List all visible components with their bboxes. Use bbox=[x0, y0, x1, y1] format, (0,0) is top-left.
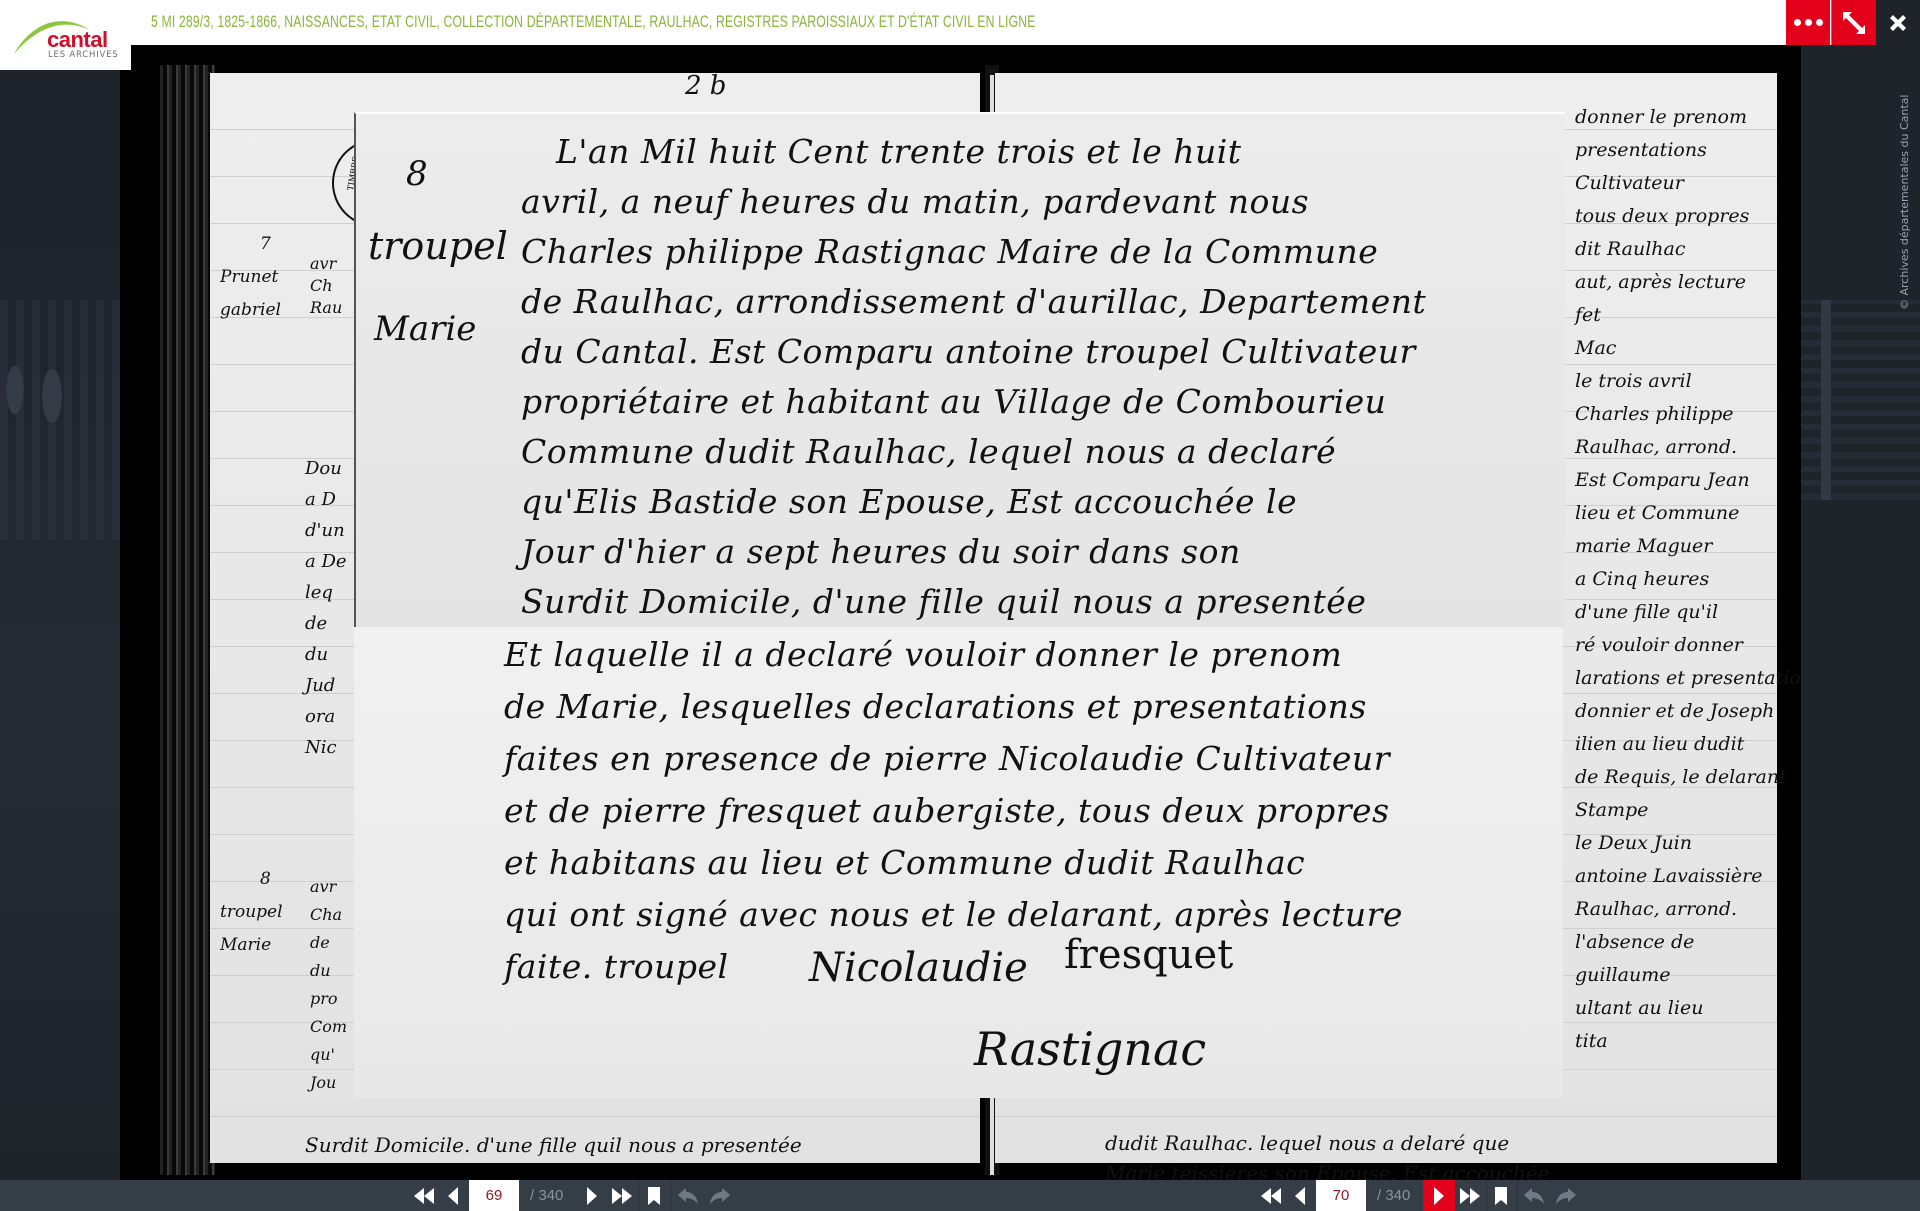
right-undo-button[interactable] bbox=[1520, 1180, 1548, 1211]
margin-entry-7-col: avr Ch Rau bbox=[310, 253, 342, 319]
document-title: 5 MI 289/3, 1825-1866, NAISSANCES, ETAT … bbox=[151, 12, 1036, 32]
right-page-number-input[interactable] bbox=[1316, 1180, 1366, 1211]
redo-arrow-icon bbox=[709, 1187, 731, 1205]
ellipsis-icon bbox=[1794, 19, 1823, 26]
overlay-text-line: de Marie, lesquelles declarations et pre… bbox=[504, 687, 1367, 726]
left-background-panel bbox=[0, 45, 120, 1180]
fullscreen-button[interactable] bbox=[1831, 0, 1876, 45]
right-page-total: / 340 bbox=[1377, 1187, 1410, 1204]
double-chevron-right-icon bbox=[611, 1188, 633, 1204]
left-background-illustration bbox=[0, 300, 120, 540]
left-page-total: / 340 bbox=[530, 1187, 563, 1204]
overlay-text-line: Commune dudit Raulhac, lequel nous a dec… bbox=[521, 432, 1336, 471]
expand-arrows-icon bbox=[1841, 10, 1867, 36]
chevron-left-icon bbox=[1294, 1187, 1306, 1205]
chevron-right-icon bbox=[586, 1187, 598, 1205]
chevron-right-icon bbox=[1433, 1187, 1445, 1205]
right-page-visible-column: donner le prenom presentations Cultivate… bbox=[1575, 101, 1801, 1058]
logo-subtitle: LES ARCHIVES bbox=[48, 50, 119, 60]
undo-arrow-icon bbox=[1523, 1187, 1545, 1205]
overlay-text-line: faite. troupel bbox=[504, 947, 729, 986]
overlay-text-line: et habitans au lieu et Commune dudit Rau… bbox=[504, 843, 1305, 882]
chevron-left-icon bbox=[447, 1187, 459, 1205]
left-bookmark-button[interactable] bbox=[640, 1180, 668, 1211]
right-first-page-button[interactable] bbox=[1257, 1180, 1285, 1211]
double-chevron-left-icon bbox=[1260, 1188, 1282, 1204]
bookmark-icon bbox=[1495, 1187, 1507, 1205]
signature-nicolaudie: Nicolaudie bbox=[809, 945, 1028, 991]
overlay-text-line: et de pierre fresquet aubergiste, tous d… bbox=[504, 791, 1390, 830]
overlay-text-line: Jour d'hier a sept heures du soir dans s… bbox=[521, 532, 1241, 571]
double-chevron-left-icon bbox=[413, 1188, 435, 1204]
right-bookmark-button[interactable] bbox=[1487, 1180, 1515, 1211]
overlay-text-line: propriétaire et habitant au Village de C… bbox=[521, 382, 1386, 421]
divider bbox=[670, 1180, 671, 1211]
overlay-entry-given-name: Marie bbox=[374, 309, 476, 349]
double-chevron-right-icon bbox=[1459, 1188, 1481, 1204]
right-next-page-button[interactable] bbox=[1423, 1180, 1455, 1211]
right-redo-button[interactable] bbox=[1552, 1180, 1580, 1211]
left-first-page-button[interactable] bbox=[410, 1180, 438, 1211]
overlay-text-line: avril, a neuf heures du matin, pardevant… bbox=[521, 182, 1309, 221]
overlay-text-line: L'an Mil huit Cent trente trois et le hu… bbox=[556, 132, 1242, 171]
redo-arrow-icon bbox=[1555, 1187, 1577, 1205]
close-icon bbox=[1886, 11, 1910, 35]
close-button[interactable] bbox=[1876, 0, 1920, 45]
signature-fresquet: fresquet bbox=[1064, 932, 1233, 978]
cantal-archives-logo[interactable]: cantal LES ARCHIVES bbox=[0, 0, 131, 70]
overlay-text-line: de Raulhac, arrondissement d'aurillac, D… bbox=[521, 282, 1426, 321]
overlay-text-line: Charles philippe Rastignac Maire de la C… bbox=[521, 232, 1378, 271]
left-undo-button[interactable] bbox=[674, 1180, 702, 1211]
overlay-text-line: Surdit Domicile, d'une fille quil nous a… bbox=[521, 582, 1366, 621]
left-page-footer-line: Surdit Domicile. d'une fille quil nous a… bbox=[305, 1133, 802, 1157]
overlay-bottom-section: Et laquelle il a declaré vouloir donner … bbox=[354, 627, 1563, 1098]
right-background-illustration bbox=[1801, 300, 1920, 500]
signature-rastignac: Rastignac bbox=[974, 1022, 1206, 1076]
more-options-button[interactable] bbox=[1786, 0, 1830, 45]
left-next-page-button[interactable] bbox=[578, 1180, 606, 1211]
right-page-footer: dudit Raulhac. lequel nous a delaré que … bbox=[1105, 1128, 1550, 1180]
overlay-entry-surname: troupel bbox=[368, 224, 508, 268]
overlay-entry-number: 8 bbox=[406, 154, 428, 194]
pager-toolbar: / 340 / 340 bbox=[0, 1180, 1920, 1211]
left-redo-button[interactable] bbox=[706, 1180, 734, 1211]
copyright-notice: © Archives départementales du Cantal bbox=[1898, 95, 1911, 310]
book-binding-edge bbox=[160, 65, 215, 1175]
right-previous-page-button[interactable] bbox=[1287, 1180, 1313, 1211]
overlay-text-line: Et laquelle il a declaré vouloir donner … bbox=[504, 635, 1342, 674]
magnified-region-overlay[interactable]: 8 troupel Marie L'an Mil huit Cent trent… bbox=[354, 112, 1563, 1098]
divider bbox=[1517, 1180, 1518, 1211]
overlay-text-line: qu'Elis Bastide son Epouse, Est accouché… bbox=[521, 482, 1297, 521]
right-last-page-button[interactable] bbox=[1456, 1180, 1484, 1211]
overlay-top-section: 8 troupel Marie L'an Mil huit Cent trent… bbox=[354, 112, 1565, 629]
undo-arrow-icon bbox=[677, 1187, 699, 1205]
divider bbox=[638, 1180, 639, 1211]
overlay-text-line: faites en presence de pierre Nicolaudie … bbox=[504, 739, 1390, 778]
overlay-text-line: qui ont signé avec nous et le delarant, … bbox=[504, 895, 1403, 934]
left-last-page-button[interactable] bbox=[608, 1180, 636, 1211]
header-bar: 5 MI 289/3, 1825-1866, NAISSANCES, ETAT … bbox=[0, 0, 1920, 45]
left-previous-page-button[interactable] bbox=[440, 1180, 466, 1211]
bookmark-icon bbox=[648, 1187, 660, 1205]
overlay-text-line: du Cantal. Est Comparu antoine troupel C… bbox=[521, 332, 1416, 371]
margin-entry-8: 8 troupel Marie bbox=[220, 863, 283, 962]
margin-entry-8-col: avr Cha de du pro Com qu' Jou bbox=[310, 873, 347, 1097]
margin-entry-7: 7 Prunet gabriel bbox=[220, 228, 281, 327]
left-page-number-input[interactable] bbox=[469, 1180, 519, 1211]
side-column-text: Dou a D d'un a De leq de du Jud ora Nic bbox=[305, 453, 347, 763]
page-header-marks: 2 b bbox=[685, 71, 726, 101]
